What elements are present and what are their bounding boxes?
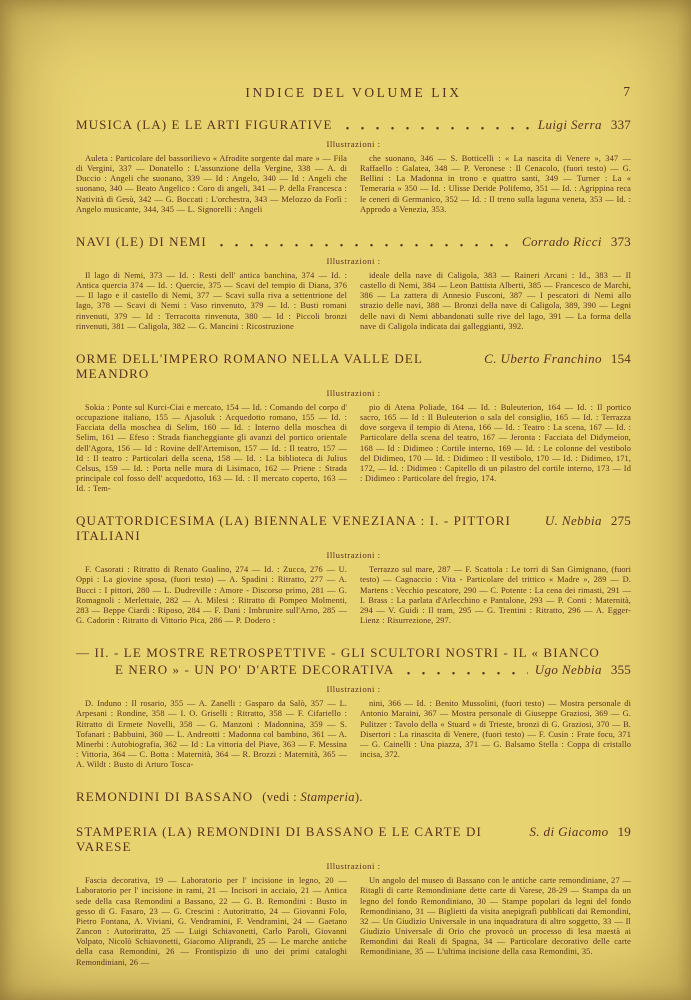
entry-author: Ugo Nebbia [535, 662, 602, 677]
entry-title: QUATTORDICESIMA (LA) BIENNALE VENEZIANA … [76, 513, 535, 543]
illustrations-right-column: ideale della nave di Caligola, 383 — Rai… [360, 271, 631, 332]
title-spacer [538, 533, 542, 543]
illustrations-columns: Fascia decorativa, 19 — Laboratorio per … [76, 876, 631, 967]
illustrations-label: Illustrazioni : [76, 550, 631, 560]
entry-title-row: MUSICA (LA) E LE ARTI FIGURATIVE Luigi S… [76, 117, 631, 132]
illustrations-label: Illustrazioni : [76, 388, 631, 398]
entry-mostre-retrospettive: — II. - LE MOSTRE RETROSPETTIVE - GLI SC… [76, 645, 631, 770]
entry-page-ref: 355 [611, 662, 631, 677]
entry-title-row-line1: — II. - LE MOSTRE RETROSPETTIVE - GLI SC… [76, 645, 631, 660]
illustrations-right-column: che suonano, 346 — S. Botticelli : « La … [360, 154, 631, 215]
illustrations-left-column: Fascia decorativa, 19 — Laboratorio per … [76, 876, 347, 967]
dot-leader [340, 122, 531, 132]
entry-author: Luigi Serra [538, 117, 602, 132]
illustrations-left-column: Sokia : Ponte sul Kurci-Ciai e mercato, … [76, 403, 347, 494]
entry-stamperia: STAMPERIA (LA) REMONDINI DI BASSANO E LE… [76, 824, 631, 967]
title-spacer [522, 844, 526, 854]
entry-title: ORME DELL'IMPERO ROMANO NELLA VALLE DEL … [76, 351, 474, 381]
title-spacer [477, 371, 481, 381]
dot-leader [214, 239, 515, 249]
vedi-prefix: (vedi : [262, 790, 300, 804]
entry-page-ref: 373 [611, 234, 631, 249]
entry-title-row: REMONDINI DI BASSANO (vedi : Stamperia). [76, 789, 631, 805]
page-number: 7 [623, 84, 630, 100]
illustrations-left-column: Auleta : Particolare del bassorilievo « … [76, 154, 347, 215]
illustrations-right-column: pio di Atena Poliade, 164 — Id. : Buleut… [360, 403, 631, 494]
entry-author: Corrado Ricci [522, 234, 602, 249]
illustrations-label: Illustrazioni : [76, 139, 631, 149]
cross-reference: (vedi : Stamperia). [262, 790, 363, 805]
scanned-index-page: INDICE DEL VOLUME LIX 7 MUSICA (LA) E LE… [0, 0, 691, 1000]
entry-page-ref: 19 [618, 824, 631, 839]
illustrations-right-column: nini, 366 — Id. : Benito Mussolini, (fuo… [360, 699, 631, 770]
illustrations-label: Illustrazioni : [76, 256, 631, 266]
page-title: INDICE DEL VOLUME LIX [245, 85, 461, 101]
entry-title-line1: — II. - LE MOSTRE RETROSPETTIVE - GLI SC… [76, 645, 600, 660]
illustrations-label: Illustrazioni : [76, 684, 631, 694]
vedi-suffix: ). [355, 790, 363, 804]
entry-title-row: STAMPERIA (LA) REMONDINI DI BASSANO E LE… [76, 824, 631, 854]
illustrations-left-column: F. Casorati : Ritratto di Renato Gualino… [76, 565, 347, 626]
entry-orme: ORME DELL'IMPERO ROMANO NELLA VALLE DEL … [76, 351, 631, 494]
entry-title: MUSICA (LA) E LE ARTI FIGURATIVE [76, 117, 333, 132]
illustrations-columns: Sokia : Ponte sul Kurci-Ciai e mercato, … [76, 403, 631, 494]
entry-navi: NAVI (LE) DI NEMI Corrado Ricci 373 Illu… [76, 234, 631, 332]
page-content: INDICE DEL VOLUME LIX 7 MUSICA (LA) E LE… [0, 0, 691, 968]
illustrations-left-column: Il lago di Nemi, 373 — Id. : Resti dell'… [76, 271, 347, 332]
entry-author: S. di Giacomo [529, 824, 608, 839]
illustrations-right-column: Terrazzo sul mare, 287 — F. Scattola : L… [360, 565, 631, 626]
entry-title: STAMPERIA (LA) REMONDINI DI BASSANO E LE… [76, 824, 519, 854]
entry-author: U. Nebbia [545, 513, 602, 528]
dot-leader [401, 667, 527, 677]
illustrations-columns: Il lago di Nemi, 373 — Id. : Resti dell'… [76, 271, 631, 332]
illustrations-left-column: D. Induno : Il rosario, 355 — A. Zanelli… [76, 699, 347, 770]
illustrations-columns: F. Casorati : Ritratto di Renato Gualino… [76, 565, 631, 626]
entry-author: C. Uberto Franchino [484, 351, 602, 366]
entry-page-ref: 154 [611, 351, 631, 366]
entry-title-line2: E NERO » - UN PO' D'ARTE DECORATIVA [115, 662, 394, 677]
entry-title-row-line2: E NERO » - UN PO' D'ARTE DECORATIVA Ugo … [76, 662, 631, 677]
entry-biennale-pittori: QUATTORDICESIMA (LA) BIENNALE VENEZIANA … [76, 513, 631, 626]
entry-title: NAVI (LE) DI NEMI [76, 234, 207, 249]
entry-page-ref: 337 [611, 117, 631, 132]
entry-page-ref: 275 [611, 513, 631, 528]
illustrations-columns: Auleta : Particolare del bassorilievo « … [76, 154, 631, 215]
entry-title-row: QUATTORDICESIMA (LA) BIENNALE VENEZIANA … [76, 513, 631, 543]
entry-title-row: NAVI (LE) DI NEMI Corrado Ricci 373 [76, 234, 631, 249]
entry-title-row: ORME DELL'IMPERO ROMANO NELLA VALLE DEL … [76, 351, 631, 381]
entry-title: REMONDINI DI BASSANO [76, 789, 253, 804]
illustrations-label: Illustrazioni : [76, 861, 631, 871]
vedi-target: Stamperia [300, 790, 354, 804]
entry-musica: MUSICA (LA) E LE ARTI FIGURATIVE Luigi S… [76, 117, 631, 215]
page-header: INDICE DEL VOLUME LIX 7 [76, 84, 631, 102]
illustrations-columns: D. Induno : Il rosario, 355 — A. Zanelli… [76, 699, 631, 770]
illustrations-right-column: Un angolo del museo di Bassano con le an… [360, 876, 631, 967]
entry-remondini-cross-reference: REMONDINI DI BASSANO (vedi : Stamperia). [76, 789, 631, 805]
